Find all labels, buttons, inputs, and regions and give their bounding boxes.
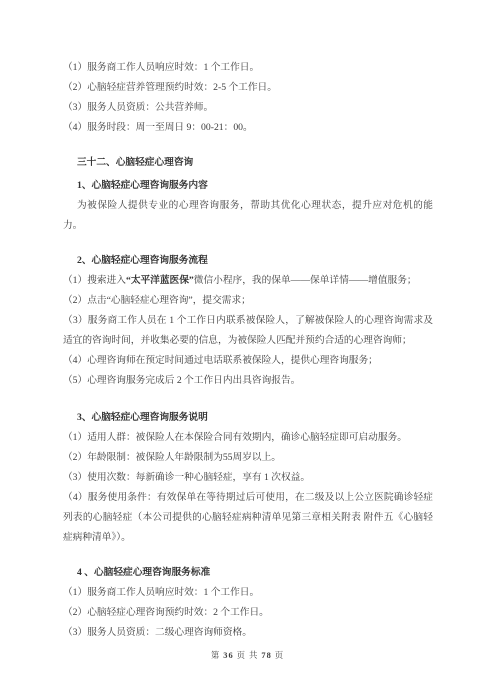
footer-label-gong: 共 <box>249 651 258 660</box>
step-text-pre: （1）搜索进入 <box>63 275 126 286</box>
list-item: （2）点击“心脑轻症心理咨询”，提交需求； <box>63 291 433 311</box>
list-item: （1）适用人群：被保险人在本保险合同有效期内，确诊心脑轻症即可启动服务。 <box>63 428 433 448</box>
list-item: （3）使用次数：每新确诊一种心脑轻症，享有 1 次权益。 <box>63 468 433 488</box>
list-item: （2）年龄限制：被保险人年龄限制为55周岁以上。 <box>63 448 433 468</box>
list-item: （3）服务人员资质：公共营养师。 <box>63 98 433 118</box>
subsection-heading-3: 3、心脑轻症心理咨询服务说明 <box>77 408 433 428</box>
footer-label-ye-2: 页 <box>275 651 284 660</box>
list-item: （5）心理咨询服务完成后 2 个工作日内出具咨询报告。 <box>63 371 433 391</box>
list-item: （3）服务人员资质：二级心理咨询师资格。 <box>63 623 433 643</box>
footer-total-pages: 78 <box>261 651 271 660</box>
subsection-heading-4: 4 、心脑轻症心理咨询服务标准 <box>77 563 433 583</box>
footer-page-number: 36 <box>223 651 233 660</box>
list-item: （1）搜索进入“太平洋蓝医保”微信小程序，我的保单——保单详情——增值服务； <box>63 271 433 291</box>
footer-label-ye: 页 <box>237 651 246 660</box>
paragraph: 为被保险人提供专业的心理咨询服务，帮助其优化心理状态，提升应对危机的能力。 <box>63 196 433 236</box>
subsection-heading-2: 2、心脑轻症心理咨询服务流程 <box>77 251 433 271</box>
list-item: （4）服务使用条件：有效保单在等待期过后可使用，在二级及以上公立医院确诊轻症列表… <box>63 488 433 548</box>
document-page: （1）服务商工作人员响应时效：1 个工作日。 （2）心脑轻症营养管理预约时效：2… <box>0 0 495 700</box>
section-heading: 三十二、心脑轻症心理咨询 <box>77 153 433 173</box>
list-item: （4）心理咨询师在预定时间通过电话联系被保险人，提供心理咨询服务； <box>63 351 433 371</box>
subsection-heading-1: 1、心脑轻症心理咨询服务内容 <box>77 176 433 196</box>
list-item: （1）服务商工作人员响应时效：1 个工作日。 <box>63 583 433 603</box>
list-item: （4）服务时段：周一至周日 9：00-21：00。 <box>63 118 433 138</box>
brand-name: “太平洋蓝医保” <box>126 275 194 286</box>
page-footer: 第36页共78页 <box>0 649 495 663</box>
step-text-post: 微信小程序，我的保单——保单详情——增值服务； <box>194 275 417 286</box>
list-item: （2）心脑轻症心理咨询预约时效：2 个工作日。 <box>63 603 433 623</box>
footer-label-di: 第 <box>211 651 220 660</box>
list-item: （2）心脑轻症营养管理预约时效：2-5 个工作日。 <box>63 78 433 98</box>
list-item: （3）服务商工作人员在 1 个工作日内联系被保险人，了解被保险人的心理咨询需求及… <box>63 311 433 351</box>
document-content: （1）服务商工作人员响应时效：1 个工作日。 （2）心脑轻症营养管理预约时效：2… <box>63 58 433 643</box>
list-item: （1）服务商工作人员响应时效：1 个工作日。 <box>63 58 433 78</box>
